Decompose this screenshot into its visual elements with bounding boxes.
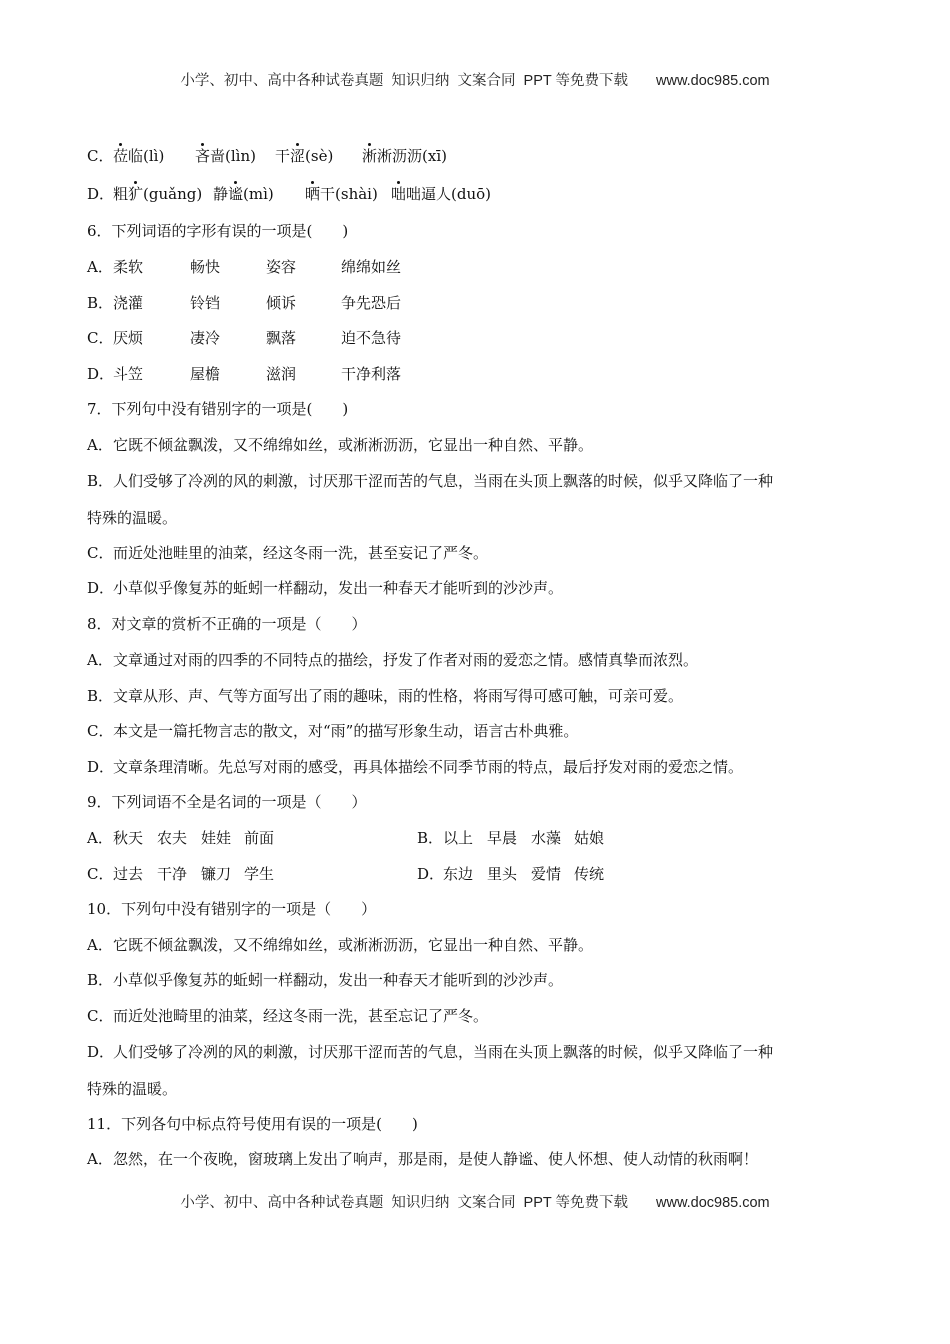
q8-stem: 8．对文章的赏析不正确的一项是（ ） <box>87 614 367 634</box>
q6-option-a: A．柔软畅快姿容绵绵如丝 <box>87 257 401 277</box>
q7-option-b-cont: 特殊的温暖。 <box>87 508 177 528</box>
q10-option-d: D．人们受够了冷冽的风的刺激，讨厌那干涩而苦的气息，当雨在头顶上飘落的时候，似乎… <box>87 1042 773 1062</box>
footer-text: 小学、初中、高中各种试卷真题 知识归纳 文案合同 PPT 等免费下载 <box>180 1195 628 1211</box>
q10-stem: 10．下列句中没有错别字的一项是（ ） <box>87 899 376 919</box>
pinyin-item: 干涩(sè) <box>275 146 362 166</box>
dotted-char: 吝 <box>195 146 210 166</box>
dotted-char: 涩 <box>290 146 305 166</box>
dotted-char: 莅 <box>113 146 128 166</box>
q10-option-b: B．小草似乎像复苏的蚯蚓一样翻动，发出一种春天才能听到的沙沙声。 <box>87 970 563 990</box>
pinyin-item: 淅淅沥沥(xī) <box>362 146 447 166</box>
q8-option-d: D．文章条理清晰。先总写对雨的感受，再具体描绘不同季节雨的特点，最后抒发对雨的爱… <box>87 757 743 777</box>
q10-option-c: C．而近处池畸里的油菜，经这冬雨一洗，甚至忘记了严冬。 <box>87 1006 488 1026</box>
q7-option-a: A．它既不倾盆飘泼，又不绵绵如丝，或淅淅沥沥，它显出一种自然、平静。 <box>87 435 593 455</box>
q11-stem: 11．下列各句中标点符号使用有误的一项是( ) <box>87 1114 418 1134</box>
q5-option-c: C．莅临(lì)吝啬(lìn)干涩(sè)淅淅沥沥(xī) <box>87 146 447 166</box>
q9-stem: 9．下列词语不全是名词的一项是（ ） <box>87 792 367 812</box>
q7-option-d: D．小草似乎像复苏的蚯蚓一样翻动，发出一种春天才能听到的沙沙声。 <box>87 578 563 598</box>
header-text: 小学、初中、高中各种试卷真题 知识归纳 文案合同 PPT 等免费下载 <box>180 73 628 89</box>
pinyin-item: 静谧(mì) <box>213 184 305 204</box>
pinyin-item: 吝啬(lìn) <box>195 146 275 166</box>
pinyin-item: 莅临(lì) <box>113 146 195 166</box>
q8-option-c: C．本文是一篇托物言志的散文，对“雨”的描写形象生动，语言古朴典雅。 <box>87 721 578 741</box>
q8-option-a: A．文章通过对雨的四季的不同特点的描绘，抒发了作者对雨的爱恋之情。感情真挚而浓烈… <box>87 650 698 670</box>
q7-option-b: B．人们受够了冷冽的风的刺激，讨厌那干涩而苦的气息，当雨在头顶上飘落的时候，似乎… <box>87 471 773 491</box>
pinyin-item: 晒干(shài) <box>305 184 391 204</box>
dotted-char: 晒 <box>305 184 320 204</box>
q6-stem: 6．下列词语的字形有误的一项是( ) <box>87 221 348 241</box>
option-label: D． <box>87 184 113 204</box>
q9-option-a: A．秋天农夫娃娃前面 <box>87 828 274 848</box>
header-url: www.doc985.com <box>656 73 770 89</box>
q6-option-d: D．斗笠屋檐滋润干净利落 <box>87 364 401 384</box>
q6-option-c: C．厌烦凄冷飘落迫不急待 <box>87 328 401 348</box>
q7-option-c: C．而近处池畦里的油菜，经这冬雨一洗，甚至妄记了严冬。 <box>87 543 488 563</box>
pinyin-item: 粗犷(guǎng) <box>113 184 213 204</box>
dotted-char: 犷 <box>128 184 143 204</box>
dotted-char: 淅 <box>362 146 377 166</box>
q9-option-c: C．过去干净镰刀学生 <box>87 864 274 884</box>
q10-option-a: A．它既不倾盆飘泼，又不绵绵如丝，或淅淅沥沥，它显出一种自然、平静。 <box>87 935 593 955</box>
dotted-char: 咄 <box>391 184 406 204</box>
option-label: C． <box>87 146 113 166</box>
q8-option-b: B．文章从形、声、气等方面写出了雨的趣味，雨的性格，将雨写得可感可触，可亲可爱。 <box>87 686 683 706</box>
page-footer: 小学、初中、高中各种试卷真题 知识归纳 文案合同 PPT 等免费下载www.do… <box>0 1191 950 1212</box>
footer-url: www.doc985.com <box>656 1195 770 1211</box>
q9-option-b: B．以上早晨水藻姑娘 <box>417 828 604 848</box>
page-header: 小学、初中、高中各种试卷真题 知识归纳 文案合同 PPT 等免费下载www.do… <box>0 69 950 90</box>
q11-option-a: A．忽然，在一个夜晚，窗玻璃上发出了响声，那是雨，是使人静谧、使人怀想、使人动情… <box>87 1149 758 1169</box>
q9-option-d: D．东边里头爱情传统 <box>417 864 604 884</box>
dotted-char: 谧 <box>228 184 243 204</box>
q10-option-d-cont: 特殊的温暖。 <box>87 1079 177 1099</box>
pinyin-item: 咄咄逼人(duō) <box>391 184 491 204</box>
q6-option-b: B．浇灌铃铛倾诉争先恐后 <box>87 293 401 313</box>
q5-option-d: D．粗犷(guǎng)静谧(mì)晒干(shài)咄咄逼人(duō) <box>87 184 491 204</box>
q7-stem: 7．下列句中没有错别字的一项是( ) <box>87 399 348 419</box>
